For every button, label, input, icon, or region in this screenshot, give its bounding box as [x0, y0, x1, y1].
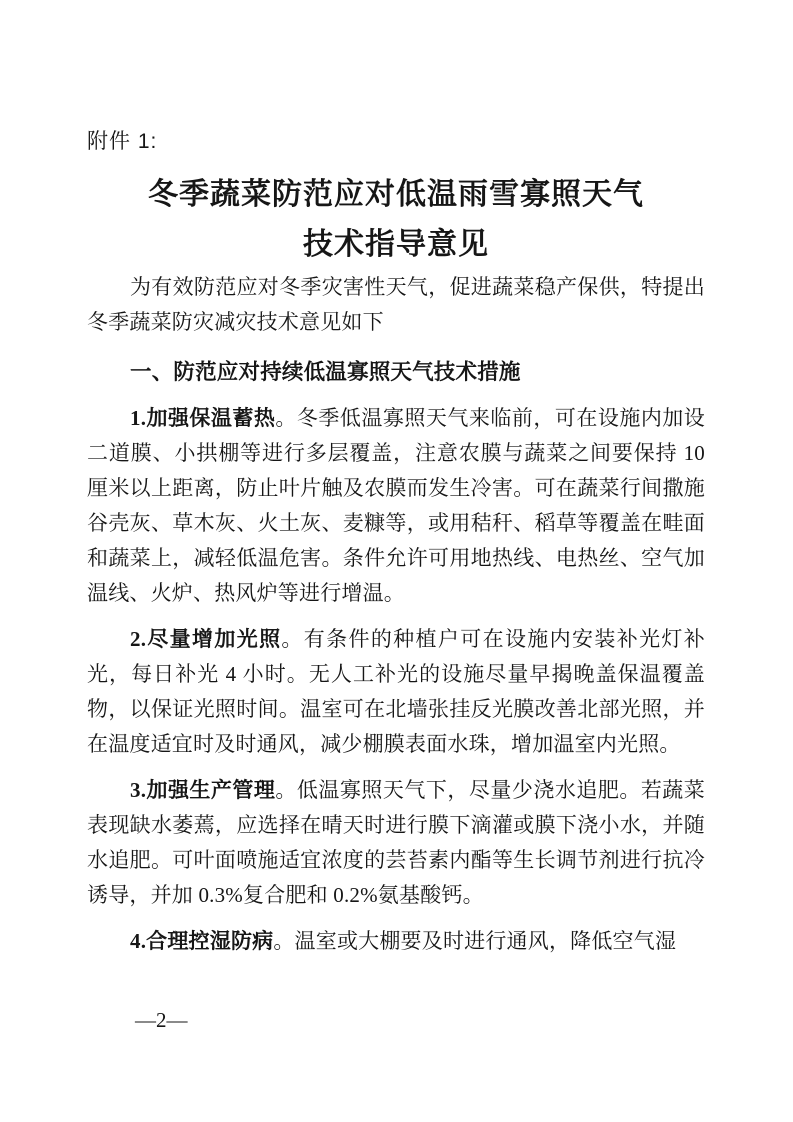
- section-1-heading: 一、防范应对持续低温寡照天气技术措施: [87, 354, 705, 390]
- paragraph-4-body: 。温室或大棚要及时进行通风，降低空气湿: [273, 929, 676, 953]
- page-number: —2—: [135, 1006, 188, 1034]
- paragraph-1-body: 。冬季低温寡照天气来临前，可在设施内加设二道膜、小拱棚等进行多层覆盖，注意农膜与…: [87, 406, 705, 605]
- attachment-label: 附件 1:: [87, 128, 705, 156]
- document-title-line-2: 技术指导意见: [87, 220, 705, 270]
- document-title: 冬季蔬菜防范应对低温雨雪寡照天气 技术指导意见: [87, 170, 705, 270]
- paragraph-3-lead: 3.加强生产管理: [130, 778, 275, 802]
- paragraph-3: 3.加强生产管理。低温寡照天气下，尽量少浇水追肥。若蔬菜表现缺水萎蔫，应选择在晴…: [87, 773, 705, 913]
- document-content: 附件 1: 冬季蔬菜防范应对低温雨雪寡照天气 技术指导意见 为有效防范应对冬季灾…: [87, 128, 705, 959]
- paragraph-1: 1.加强保温蓄热。冬季低温寡照天气来临前，可在设施内加设二道膜、小拱棚等进行多层…: [87, 401, 705, 611]
- paragraph-2: 2.尽量增加光照。有条件的种植户可在设施内安装补光灯补光，每日补光 4 小时。无…: [87, 622, 705, 762]
- paragraph-2-lead: 2.尽量增加光照: [130, 627, 281, 651]
- paragraph-4-lead: 4.合理控湿防病: [130, 929, 273, 953]
- paragraph-1-lead: 1.加强保温蓄热: [130, 406, 275, 430]
- document-page: 附件 1: 冬季蔬菜防范应对低温雨雪寡照天气 技术指导意见 为有效防范应对冬季灾…: [0, 0, 793, 1122]
- intro-paragraph: 为有效防范应对冬季灾害性天气，促进蔬菜稳产保供，特提出冬季蔬菜防灾减灾技术意见如…: [87, 270, 705, 340]
- document-title-line-1: 冬季蔬菜防范应对低温雨雪寡照天气: [87, 170, 705, 220]
- paragraph-4: 4.合理控湿防病。温室或大棚要及时进行通风，降低空气湿: [87, 924, 705, 959]
